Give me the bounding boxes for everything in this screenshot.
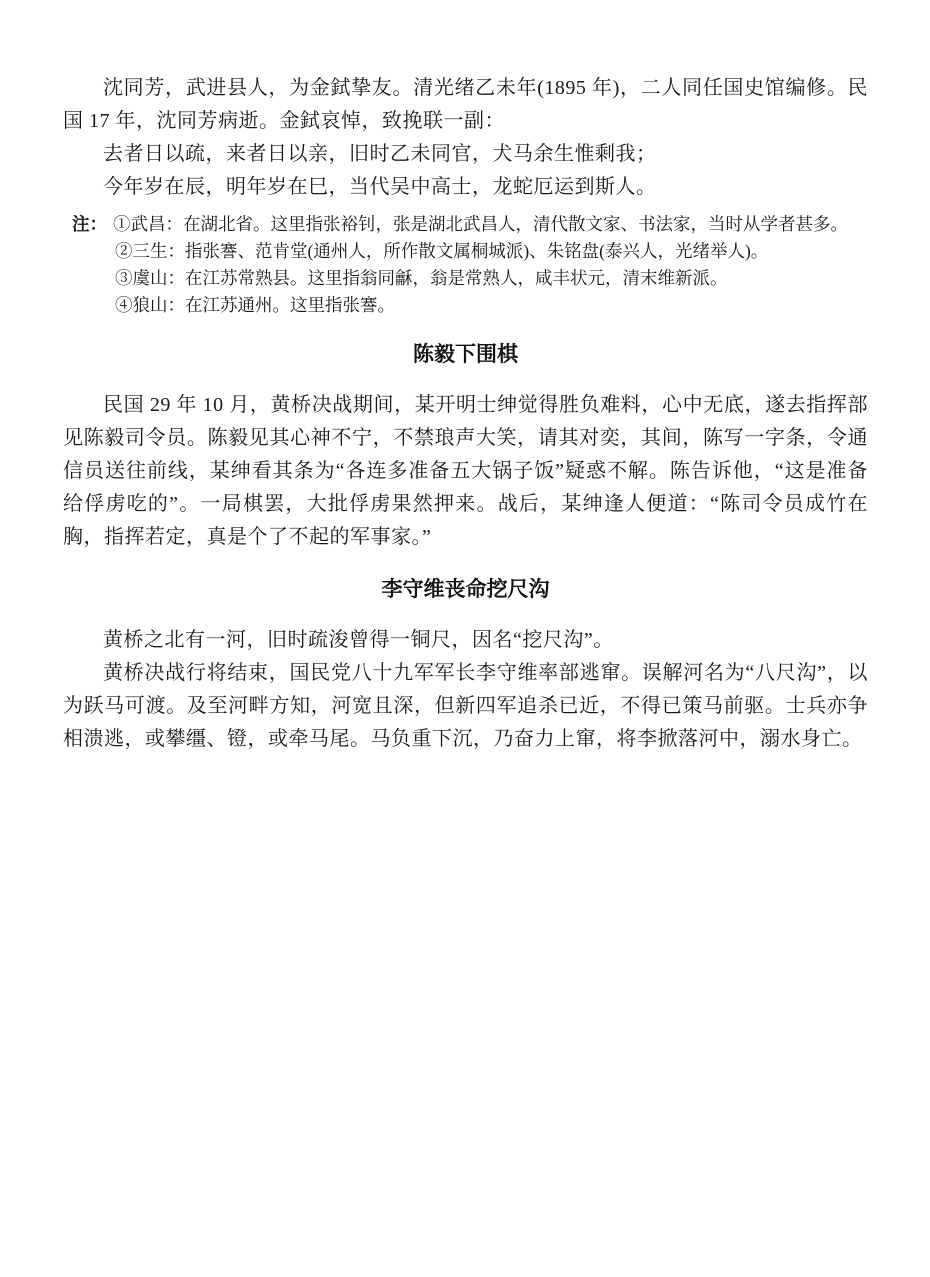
note-item-4: ④狼山：在江苏通州。这里指张謇。 [63, 292, 868, 319]
intro-paragraph: 沈同芳，武进县人，为金鉽挚友。清光绪乙未年(1895 年)，二人同任国史馆编修。… [63, 72, 868, 138]
note-item-3: ③虞山：在江苏常熟县。这里指翁同龢，翁是常熟人，咸丰状元，清末维新派。 [63, 265, 868, 292]
chenyi-paragraph: 民国 29 年 10 月，黄桥决战期间，某开明士绅觉得胜负难料，心中无底，遂去指… [63, 389, 868, 554]
scanned-book-page: 沈同芳，武进县人，为金鉽挚友。清光绪乙未年(1895 年)，二人同任国史馆编修。… [0, 0, 930, 1277]
section-heading-lishouwei: 李守维丧命挖尺沟 [63, 576, 868, 604]
couplet-line-2: 今年岁在辰，明年岁在巳，当代吴中高士，龙蛇厄运到斯人。 [63, 171, 868, 204]
lishouwei-paragraph-1: 黄桥之北有一河，旧时疏浚曾得一铜尺，因名“挖尺沟”。 [63, 624, 868, 657]
section-heading-chenyi: 陈毅下围棋 [63, 341, 868, 369]
page-content: 沈同芳，武进县人，为金鉽挚友。清光绪乙未年(1895 年)，二人同任国史馆编修。… [0, 0, 930, 756]
note-item-2: ②三生：指张謇、范肯堂(通州人，所作散文属桐城派)、朱铭盘(泰兴人，光绪举人)。 [63, 238, 868, 265]
notes-block: 注：①武昌：在湖北省。这里指张裕钊，张是湖北武昌人，清代散文家、书法家，当时从学… [63, 211, 868, 319]
note-item-1-text: ①武昌：在湖北省。这里指张裕钊，张是湖北武昌人，清代散文家、书法家，当时从学者甚… [113, 214, 848, 234]
notes-label: 注： [72, 214, 113, 234]
couplet-line-1: 去者日以疏，来者日以亲，旧时乙未同官，犬马余生惟剩我； [63, 138, 868, 171]
note-item-1: 注：①武昌：在湖北省。这里指张裕钊，张是湖北武昌人，清代散文家、书法家，当时从学… [63, 211, 868, 238]
lishouwei-paragraph-2: 黄桥决战行将结束，国民党八十九军军长李守维率部逃窜。误解河名为“八尺沟”，以为跃… [63, 657, 868, 756]
